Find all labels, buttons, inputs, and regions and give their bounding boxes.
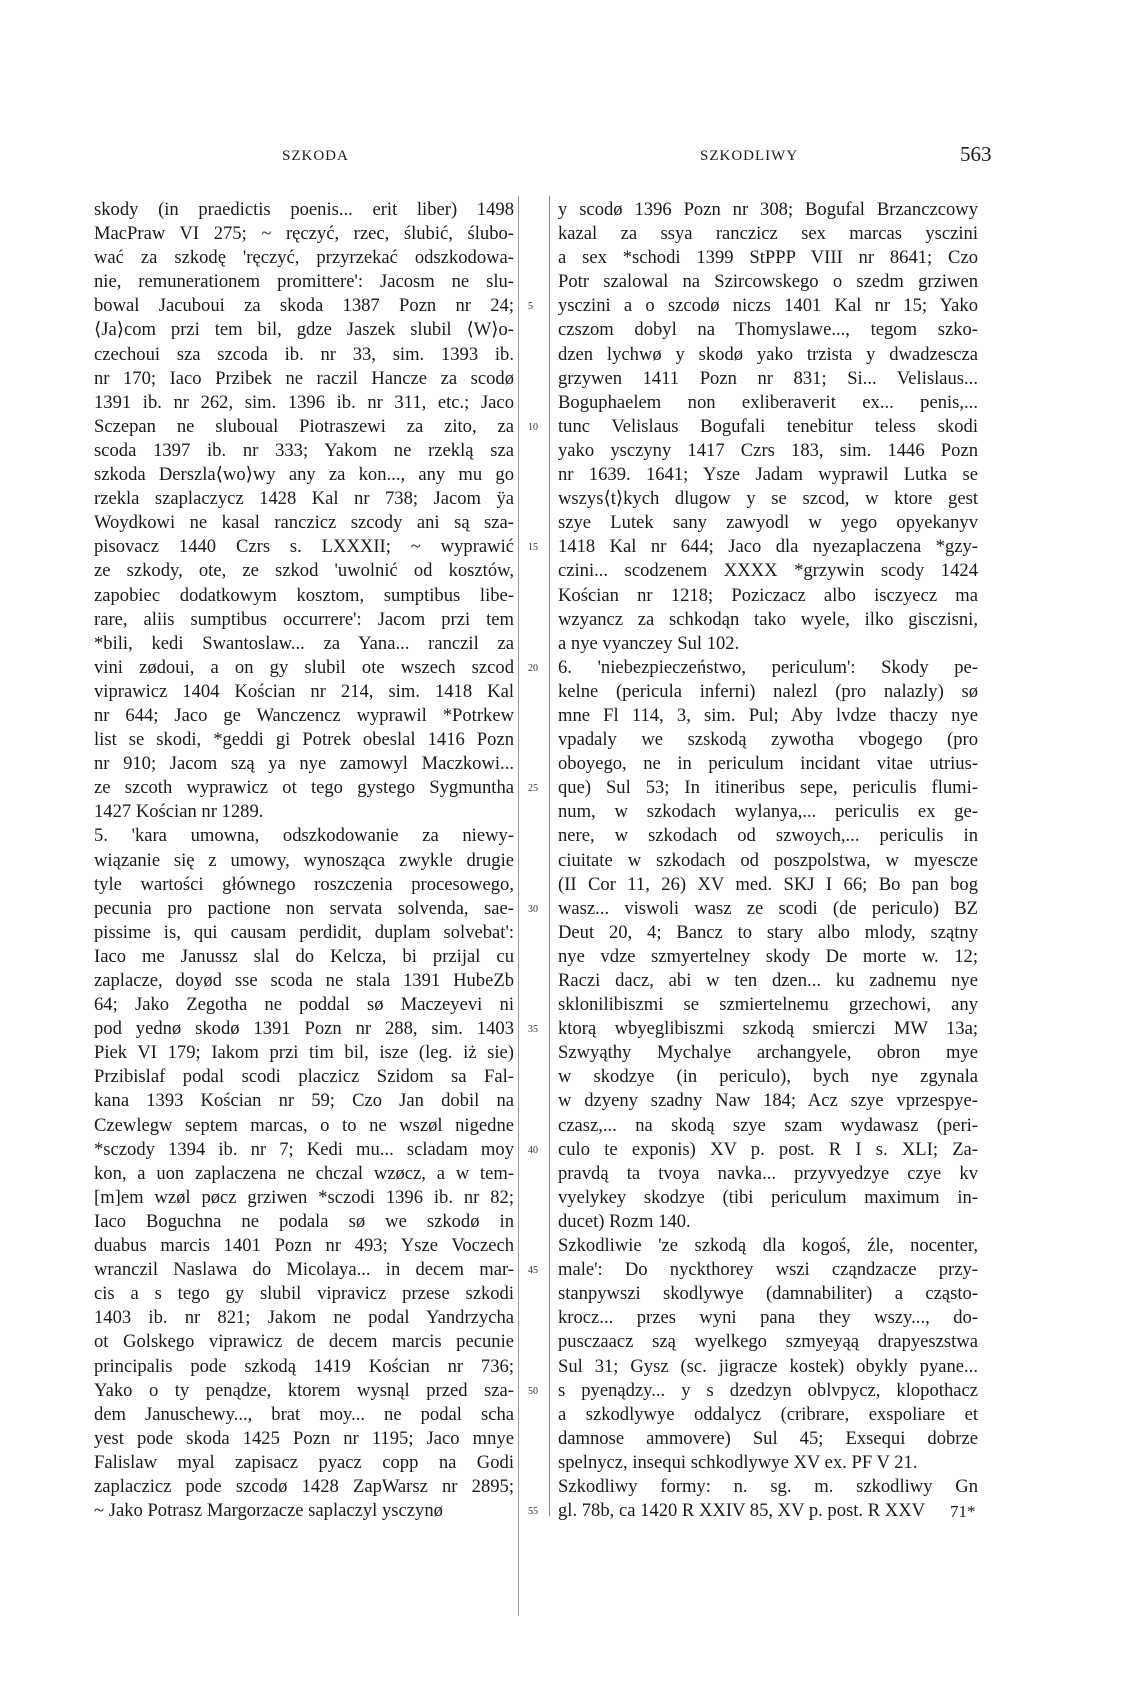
right-headword: SZKODLIWY [700,148,798,165]
text-line: oboyego, ne in periculum incidant vitae … [558,752,978,776]
text-line: (II Cor 11, 26) XV med. SKJ I 66; Bo pan… [558,873,978,897]
text-line: rzekla szaplaczycz 1428 Kal nr 738; Jaco… [94,487,514,511]
left-headword: SZKODA [282,148,349,165]
text-line: list se skodi, *geddi gi Potrek obeslal … [94,728,514,752]
text-line: nere, w szkodach od szwoych,... periculi… [558,824,978,848]
line-number: 45 [528,1265,538,1276]
line-number: 35 [528,1024,538,1035]
text-line: ot Golskego viprawicz de decem marcis pe… [94,1330,514,1354]
line-number: 30 [528,904,538,915]
running-header: SZKODA SZKODLIWY 563 [0,142,1128,172]
text-line: kelne (pericula inferni) nalezl (pro nal… [558,680,978,704]
text-line: Yako o ty penądze, ktorem wysnąl przed s… [94,1379,514,1403]
text-line: grzywen 1411 Pozn nr 831; Si... Velislau… [558,367,978,391]
text-line: czechoui sza szcoda ib. nr 33, sim. 1393… [94,343,514,367]
text-line: tunc Velislaus Bogufali tenebitur teless… [558,415,978,439]
text-line: 6. 'niebezpieczeństwo, periculum': Skody… [558,656,978,680]
text-line: gl. 78b, ca 1420 R XXIV 85, XV p. post. … [558,1499,978,1523]
text-line: kon, a uon zaplaczena ne chczal wzøcz, a… [94,1162,514,1186]
text-line: Przibislaf podal scodi placzicz Szidom s… [94,1065,514,1089]
text-line: tyle wartości głównego roszczenia proces… [94,873,514,897]
text-line: 64; Jako Zegotha ne poddal sø Maczeyevi … [94,993,514,1017]
text-line: *bili, kedi Swantoslaw... za Yana... ran… [94,632,514,656]
text-line: szye Lutek sany zawyodl w yego opyekanyv [558,511,978,535]
text-line: Raczi dacz, abi w ten dzen... ku zadnemu… [558,969,978,993]
text-line: male': Do nyckthorey wszi cząndzacze prz… [558,1258,978,1282]
text-line: czini... scodzenem XXXX *grzywin scody 1… [558,559,978,583]
text-line: a nye vyanczey Sul 102. [558,632,978,656]
text-line: pusczaacz szą wyelkego szmyeyąą drapyesz… [558,1330,978,1354]
text-line: nye vdze szmyertelney skody De morte w. … [558,945,978,969]
text-line: wzyancz za schkodąn tako wyele, ilko gis… [558,608,978,632]
text-line: cis a s tego gy slubil vipravicz przese … [94,1282,514,1306]
text-line: w skodzye (in periculo), bych nye zgynal… [558,1065,978,1089]
text-line: krocz... przes wyni pana they wszy..., d… [558,1306,978,1330]
text-line: a sex *schodi 1399 StPPP VIII nr 8641; C… [558,246,978,270]
text-line: Piek VI 179; Iakom przi tim bil, isze (l… [94,1041,514,1065]
text-line: zapobiec dodatkowym kosztom, sumptibus l… [94,584,514,608]
text-line: zaplaczicz pode szcodø 1428 ZapWarsz nr … [94,1475,514,1499]
text-line: pod yednø skodø 1391 Pozn nr 288, sim. 1… [94,1017,514,1041]
text-line: ze szcoth wyprawicz ot tego gystego Sygm… [94,776,514,800]
text-line: wać za szkodę 'ręczyć, przyrzekać odszko… [94,246,514,270]
line-number: 10 [528,422,538,433]
text-line: yest pode skoda 1425 Pozn nr 1195; Jaco … [94,1427,514,1451]
text-line: 1427 Kościan nr 1289. [94,800,514,824]
text-line: yako ysczyny 1417 Czrs 183, sim. 1446 Po… [558,439,978,463]
text-line: wszys⟨t⟩kych dlugow y se szcod, w ktore … [558,487,978,511]
text-line: y scodø 1396 Pozn nr 308; Bogufal Brzanc… [558,198,978,222]
text-line: culo te exponis) XV p. post. R I s. XLI;… [558,1138,978,1162]
text-line: Kościan nr 1218; Poziczacz albo isczyecz… [558,584,978,608]
line-number: 40 [528,1145,538,1156]
text-line: Czewlegw septem marcas, o to ne wszøl ni… [94,1114,514,1138]
text-line: Falislaw myal zapisacz pyacz copp na God… [94,1451,514,1475]
text-line: Sul 31; Gysz (sc. jigracze kostek) obykl… [558,1355,978,1379]
text-line: sklonilibiszmi se szmiertelnemu grzechow… [558,993,978,1017]
text-line: ysczini a o szcodø niczs 1401 Kal nr 15;… [558,294,978,318]
text-line: que) Sul 53; In itineribus sepe, pericul… [558,776,978,800]
text-line: MacPraw VI 275; ~ ręczyć, rzec, ślubić, … [94,222,514,246]
text-line: Boguphaelem non exliberaverit ex... peni… [558,391,978,415]
text-line: Woydkowi ne kasal ranczicz szcody ani są… [94,511,514,535]
line-number: 20 [528,663,538,674]
text-line: dzen lychwø y skodø yako trzista y dwadz… [558,343,978,367]
text-line: vpadaly we szskodą zywotha vbogego (pro [558,728,978,752]
text-line: Sczepan ne sluboual Piotraszewi za zito,… [94,415,514,439]
text-line: damnose ammovere) Sul 45; Exsequi dobrze [558,1427,978,1451]
text-line: 5. 'kara umowna, odszkodowanie za niewy- [94,824,514,848]
column-divider-left [518,196,519,1616]
text-line: Iaco me Janussz slal do Kelcza, bi przij… [94,945,514,969]
text-line: vini zødoui, a on gy slubil ote wszech s… [94,656,514,680]
line-number: 15 [528,542,538,553]
text-line: nr 910; Jacom szą ya nye zamowyl Maczkow… [94,752,514,776]
left-column-text: skody (in praedictis poenis... erit libe… [94,198,514,1523]
text-line: Potr szalowal na Szircowskego o szedm gr… [558,270,978,294]
text-line: ciuitate w szkodach od poszpolstwa, w my… [558,849,978,873]
page-number: 563 [960,142,992,167]
text-line: nr 1639. 1641; Ysze Jadam wyprawil Lutka… [558,463,978,487]
text-line: Iaco Boguchna ne podala sø we szkodø in [94,1210,514,1234]
text-line: bowal Jacuboui za skoda 1387 Pozn nr 24; [94,294,514,318]
text-line: zaplacze, doyød sse scoda ne stala 1391 … [94,969,514,993]
text-line: nr 644; Jaco ge Wanczencz wyprawil *Potr… [94,704,514,728]
line-number: 5 [528,301,533,312]
text-line: 1418 Kal nr 644; Jaco dla nyezaplaczena … [558,535,978,559]
text-line: Szkodliwie 'ze szkodą dla kogoś, źle, no… [558,1234,978,1258]
text-line: mne Fl 114, 3, sim. Pul; Aby lvdze thacz… [558,704,978,728]
text-line: nie, remunerationem promittere': Jacosm … [94,270,514,294]
text-line: ~ Jako Potrasz Margorzacze saplaczyl ysc… [94,1499,514,1523]
text-line: 1391 ib. nr 262, sim. 1396 ib. nr 311, e… [94,391,514,415]
text-line: pisovacz 1440 Czrs s. LXXXII; ~ wyprawić [94,535,514,559]
text-line: wiązanie się z umowy, wynosząca zwykle d… [94,849,514,873]
text-line: szkoda Derszla⟨wo⟩wy any za kon..., any … [94,463,514,487]
text-line: wranczil Naslawa do Micolaya... in decem… [94,1258,514,1282]
text-line: Szkodliwy formy: n. sg. m. szkodliwy Gn [558,1475,978,1499]
right-column-text: y scodø 1396 Pozn nr 308; Bogufal Brzanc… [558,198,978,1523]
text-line: czasz,... na skodą szye szam wydawasz (p… [558,1114,978,1138]
text-line: w dzyeny szadny Naw 184; Acz szye vprzes… [558,1089,978,1113]
text-line: scoda 1397 ib. nr 333; Yakom ne rzeklą s… [94,439,514,463]
text-line: a szkodlywye oddalycz (cribrare, exspoli… [558,1403,978,1427]
column-divider-right [549,196,550,1516]
text-line: duabus marcis 1401 Pozn nr 493; Ysze Voc… [94,1234,514,1258]
signature-mark: 71* [950,1502,976,1522]
text-line: kana 1393 Kościan nr 59; Czo Jan dobil n… [94,1089,514,1113]
text-line: ze szkody, ote, ze szkod 'uwolnić od kos… [94,559,514,583]
text-line: spelnycz, insequi schkodlywye XV ex. PF … [558,1451,978,1475]
text-line: skody (in praedictis poenis... erit libe… [94,198,514,222]
line-number: 25 [528,783,538,794]
text-line: principalis pode szkodą 1419 Kościan nr … [94,1355,514,1379]
text-line: ktorą wbyeglibiszmi szkodą smierczi MW 1… [558,1017,978,1041]
text-line: num, w szkodach wylanya,... periculis ex… [558,800,978,824]
line-number: 55 [528,1506,538,1517]
text-line: stanpywszi skodlywye (damnabiliter) a cz… [558,1282,978,1306]
text-line: dem Januschewy..., brat moy... ne podal … [94,1403,514,1427]
text-line: Szwyąthy Mychalye archangyele, obron mye [558,1041,978,1065]
text-line: wasz... viswoli wasz ze scodi (de pericu… [558,897,978,921]
text-line: 1403 ib. nr 821; Jakom ne podal Yandrzyc… [94,1306,514,1330]
text-line: rare, aliis sumptibus occurrere': Jacom … [94,608,514,632]
text-line: kazal za ssya ranczicz sex marcas ysczin… [558,222,978,246]
text-line: ducet) Rozm 140. [558,1210,978,1234]
text-line: viprawicz 1404 Kościan nr 214, sim. 1418… [94,680,514,704]
text-line: pissime is, qui causam perdidit, duplam … [94,921,514,945]
text-line: nr 170; Iaco Przibek ne raczil Hancze za… [94,367,514,391]
text-line: *sczody 1394 ib. nr 7; Kedi mu... sclada… [94,1138,514,1162]
text-line: pravdą ta tvoya navka... przyvyedzye czy… [558,1162,978,1186]
text-line: Deut 20, 4; Bancz to stary albo mlody, s… [558,921,978,945]
text-line: [m]em wzøl pøcz grziwen *sczodi 1396 ib.… [94,1186,514,1210]
text-line: pecunia pro pactione non servata solvend… [94,897,514,921]
text-line: czszom dobyl na Thomyslawe..., tegom szk… [558,318,978,342]
text-line: vyelykey skodzye (tibi periculum maximum… [558,1186,978,1210]
line-number: 50 [528,1386,538,1397]
text-line: ⟨Ja⟩com przi tem bil, gdze Jaszek slubil… [94,318,514,342]
text-line: s pyenądzy... y s dzedzyn oblvpycz, klop… [558,1379,978,1403]
